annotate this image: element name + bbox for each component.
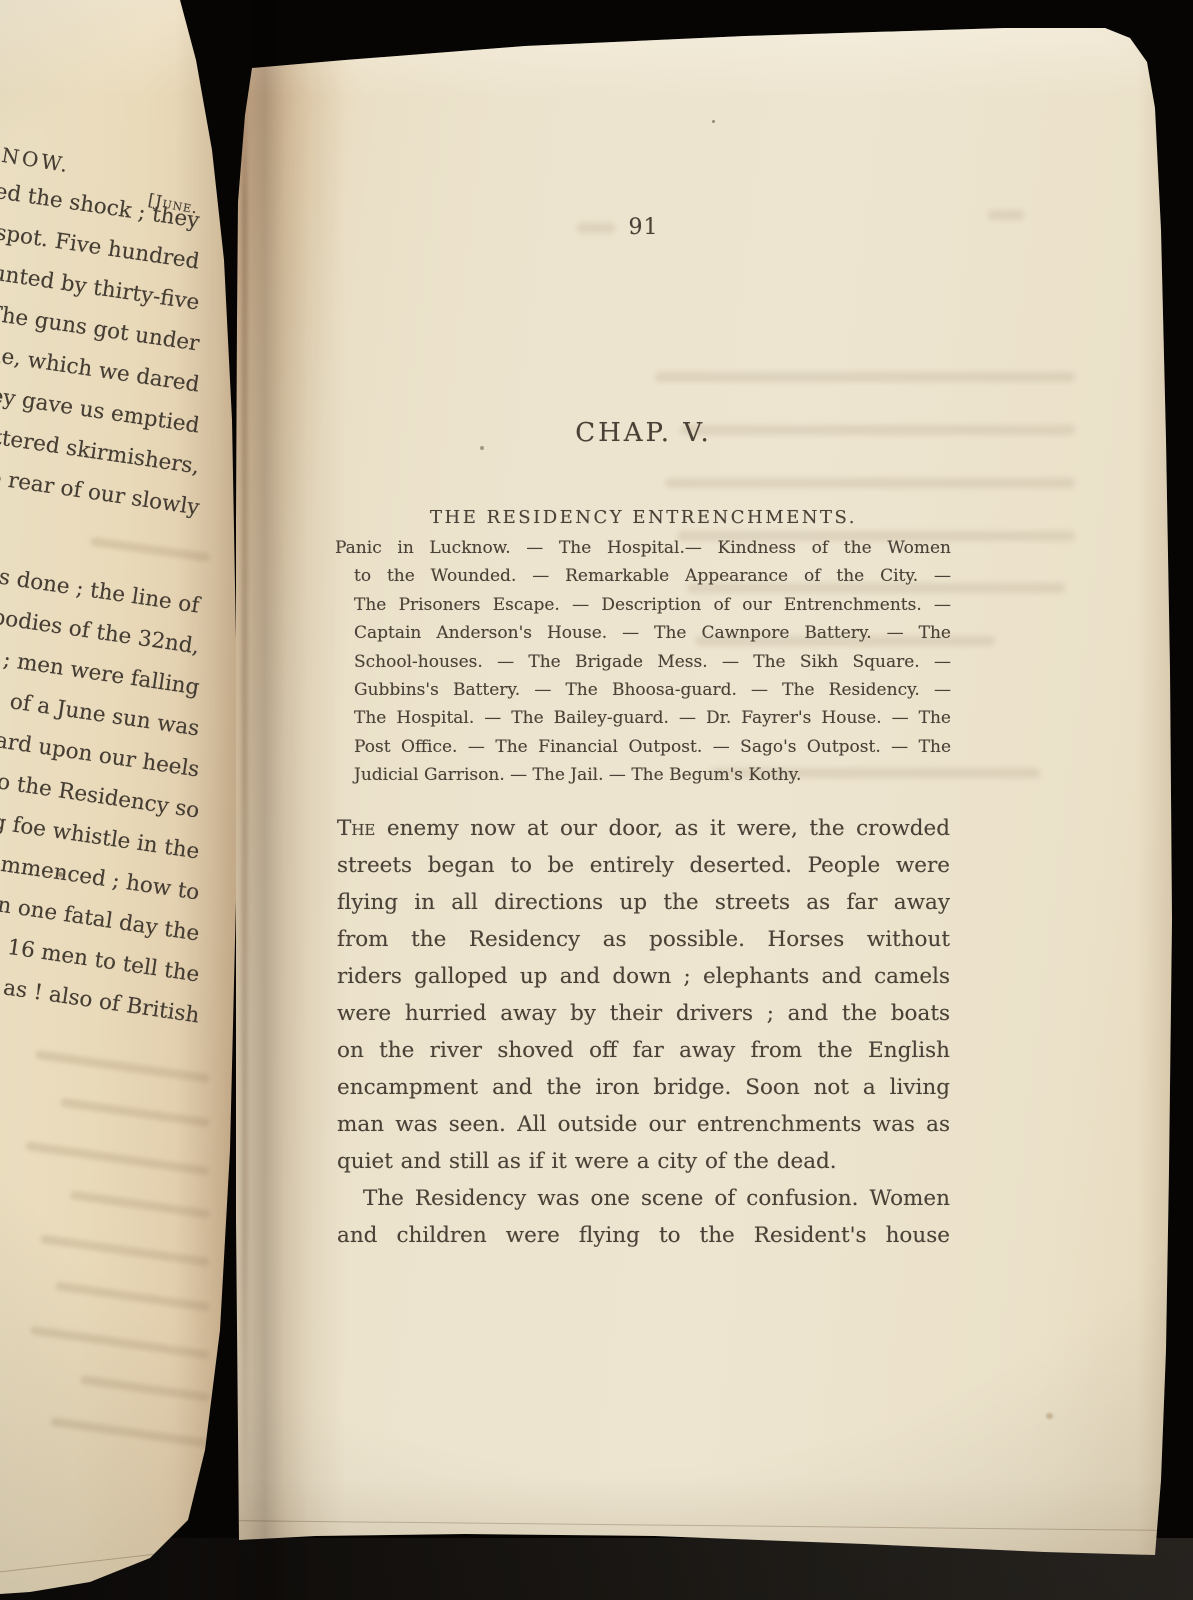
show-through bbox=[80, 1375, 210, 1402]
show-through bbox=[665, 478, 1075, 488]
text-line: flying in all directions up the streets … bbox=[337, 884, 950, 921]
text-line: The Prisoners Escape. — Description of o… bbox=[335, 591, 951, 619]
text-line: streets began to be entirely deserted. P… bbox=[337, 847, 950, 884]
paper-speck bbox=[712, 120, 715, 123]
under-page-edge bbox=[235, 1520, 1160, 1531]
text-line: encampment and the iron bridge. Soon not… bbox=[337, 1069, 950, 1106]
paragraph: The Residency was one scene of confusion… bbox=[337, 1180, 950, 1254]
chapter-subtitle: THE RESIDENCY ENTRENCHMENTS. bbox=[337, 507, 950, 528]
paper-speck bbox=[480, 446, 484, 450]
book-photo: KNOW. [June. led the shock ; theyspot. F… bbox=[0, 0, 1193, 1600]
body-text: The enemy now at our door, as it were, t… bbox=[337, 810, 950, 1254]
text-line: man was seen. All outside our entrenchme… bbox=[337, 1106, 950, 1143]
right-page: 91 CHAP. V. THE RESIDENCY ENTRENCHMENTS.… bbox=[225, 20, 1175, 1570]
show-through bbox=[55, 1281, 210, 1311]
text-line: to the Wounded. — Remarkable Appearance … bbox=[335, 562, 951, 590]
text-line: Post Office. — The Financial Outpost. — … bbox=[335, 733, 951, 761]
show-through bbox=[40, 1234, 210, 1267]
text-line: Captain Anderson's House. — The Cawnpore… bbox=[335, 619, 951, 647]
show-through bbox=[90, 537, 210, 563]
show-through bbox=[60, 1098, 210, 1128]
chapter-heading: CHAP. V. bbox=[337, 418, 950, 448]
show-through bbox=[35, 1050, 210, 1083]
show-through bbox=[30, 1326, 210, 1360]
show-through bbox=[50, 1417, 210, 1448]
show-through bbox=[25, 1141, 209, 1176]
text-line: The Hospital. — The Bailey-guard. — Dr. … bbox=[335, 704, 951, 732]
running-header: KNOW. bbox=[0, 140, 72, 177]
show-through bbox=[70, 1190, 210, 1218]
show-through bbox=[655, 372, 1075, 382]
text-line: Judicial Garrison. — The Jail. — The Beg… bbox=[335, 761, 951, 789]
text-line: and children were flying to the Resident… bbox=[337, 1217, 950, 1254]
left-page-text-block: led the shock ; theyspot. Five hundredun… bbox=[0, 203, 215, 531]
chapter-summary: Panic in Lucknow. — The Hospital.— Kindn… bbox=[335, 534, 951, 790]
text-line: quiet and still as if it were a city of … bbox=[337, 1143, 950, 1180]
page-number: 91 bbox=[337, 215, 950, 240]
show-through bbox=[988, 210, 1024, 220]
text-line: Gubbins's Battery. — The Bhoosa-guard. —… bbox=[335, 676, 951, 704]
left-page-text-block: s done ; the line ofbodies of the 32nd,;… bbox=[0, 588, 215, 1039]
text-line: were hurried away by their drivers ; and… bbox=[337, 995, 950, 1032]
text-line: on the river shoved off far away from th… bbox=[337, 1032, 950, 1069]
text-line: The Residency was one scene of confusion… bbox=[337, 1180, 950, 1217]
text-line: Panic in Lucknow. — The Hospital.— Kindn… bbox=[335, 534, 951, 562]
text-line: The enemy now at our door, as it were, t… bbox=[337, 810, 950, 847]
text-line: from the Residency as possible. Horses w… bbox=[337, 921, 950, 958]
paper-stain bbox=[1046, 1413, 1053, 1419]
paper-speck bbox=[58, 872, 63, 877]
left-page: KNOW. [June. led the shock ; theyspot. F… bbox=[0, 0, 248, 1600]
text-line: School-houses. — The Brigade Mess. — The… bbox=[335, 648, 951, 676]
paragraph: The enemy now at our door, as it were, t… bbox=[337, 810, 950, 1180]
text-line: riders galloped up and down ; elephants … bbox=[337, 958, 950, 995]
